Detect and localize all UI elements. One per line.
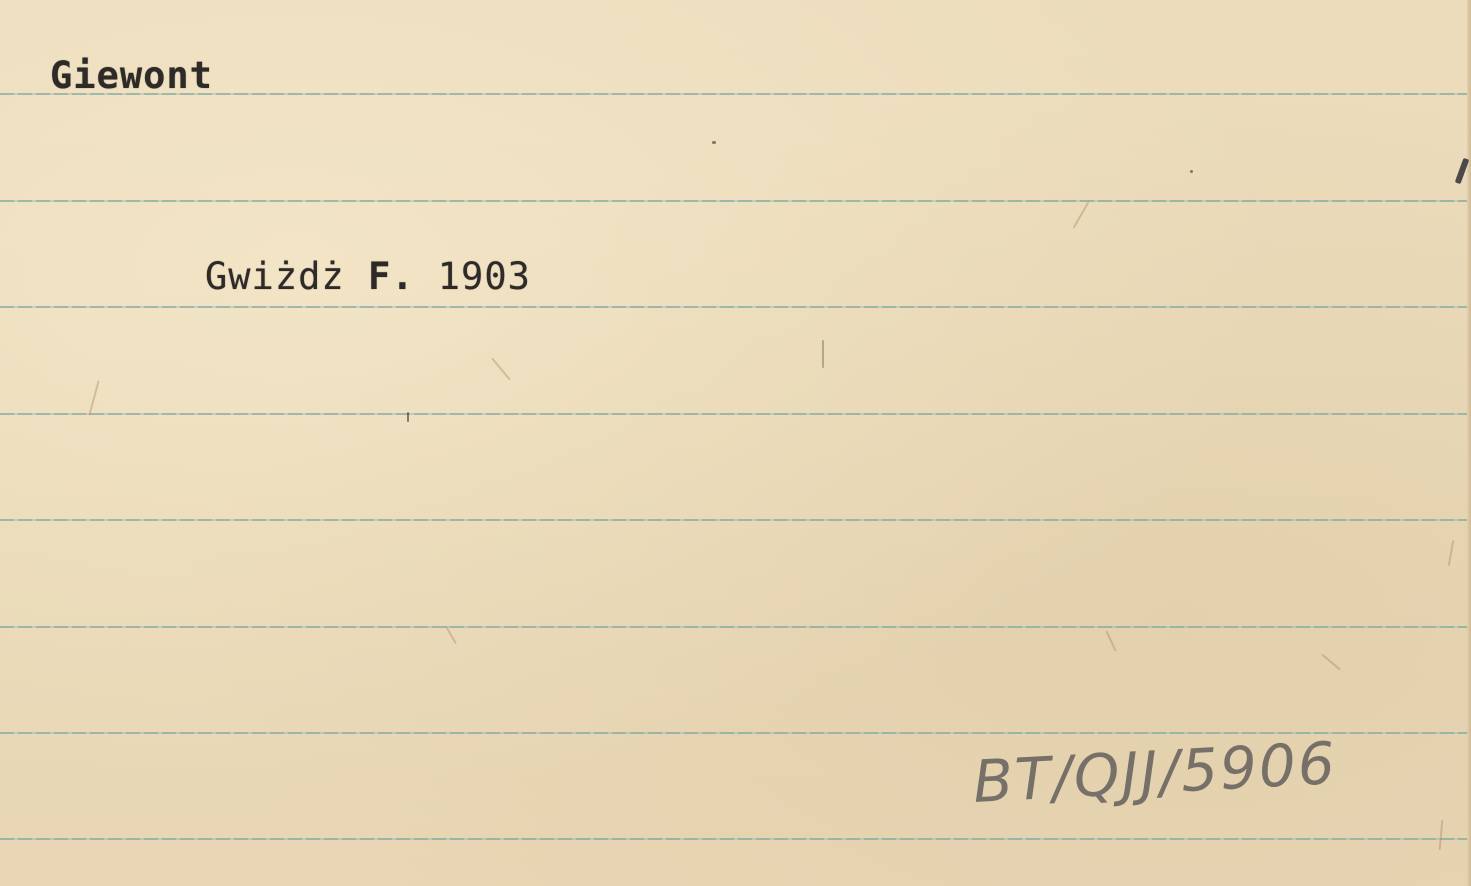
paper-fiber xyxy=(88,380,99,415)
handwritten-shelfmark: BT/QJJ/5906 xyxy=(971,729,1338,816)
ruled-line xyxy=(0,306,1471,308)
ruled-line xyxy=(0,93,1471,95)
ruled-line xyxy=(0,200,1471,202)
paper-fiber xyxy=(712,141,716,144)
card-edge xyxy=(1467,0,1471,886)
paper-fiber xyxy=(1105,631,1116,652)
entry-initial: F. xyxy=(368,255,415,298)
entry-author: Gwiżdż xyxy=(205,255,345,298)
paper-fiber xyxy=(407,412,409,422)
entry-year: 1903 xyxy=(438,255,531,298)
ruled-line xyxy=(0,413,1471,415)
paper-fiber xyxy=(491,358,511,381)
paper-fiber xyxy=(822,340,824,368)
ruled-line xyxy=(0,519,1471,521)
paper-fiber xyxy=(1190,170,1193,173)
card-heading: Giewont xyxy=(50,54,213,97)
ruled-line xyxy=(0,626,1471,628)
catalog-card: Giewont Gwiżdż F. 1903 BT/QJJ/5906 xyxy=(0,0,1471,886)
paper-fiber xyxy=(1073,202,1090,229)
card-entry: Gwiżdż F. 1903 xyxy=(205,255,531,298)
ruled-line xyxy=(0,838,1471,840)
paper-fiber xyxy=(445,626,457,644)
paper-fiber xyxy=(1448,540,1454,566)
paper-fiber xyxy=(1439,820,1444,850)
paper-fiber xyxy=(1321,654,1341,671)
